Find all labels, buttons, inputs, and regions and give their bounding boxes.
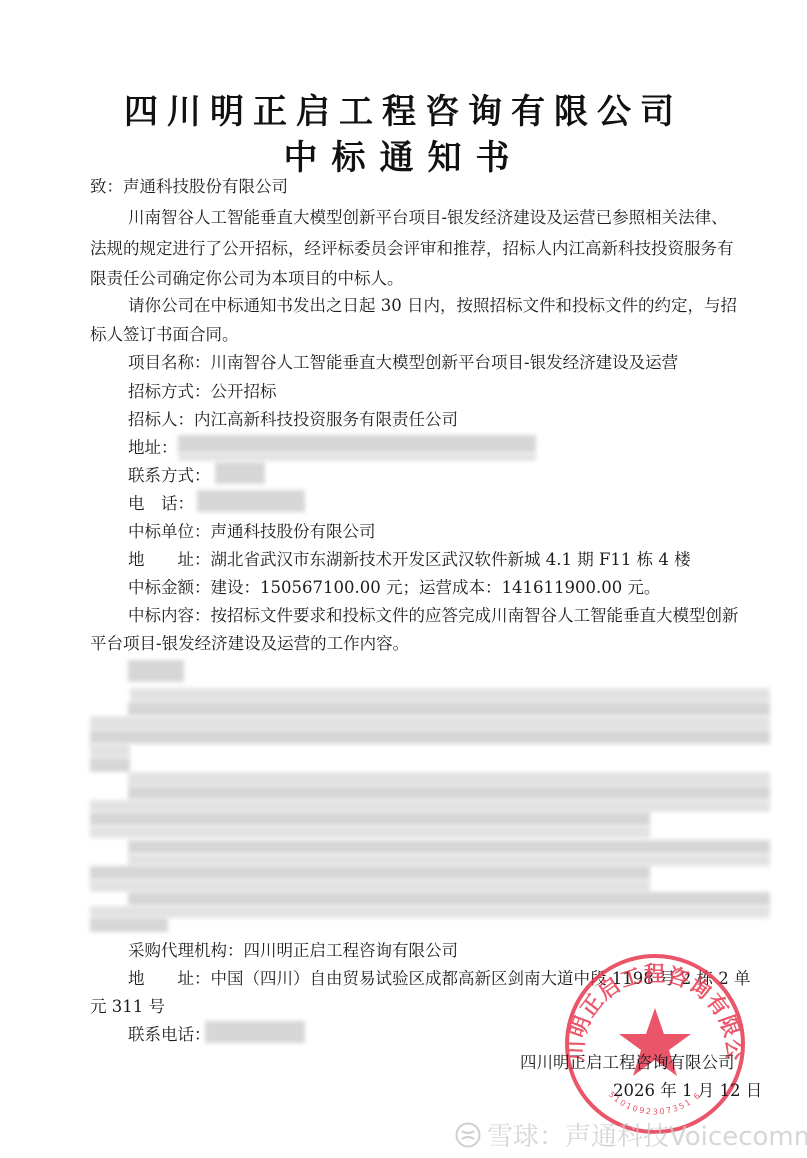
para2-line-2: 标人签订书面合同。 [90,324,239,346]
redacted-row [90,730,770,744]
agency-phone-label: 联系电话： [128,1024,211,1046]
para2-line-1: 请你公司在中标通知书发出之日起 30 日内，按照招标文件和投标文件的约定，与招 [128,295,737,317]
redacted-row [90,918,168,932]
redacted-row [90,800,770,812]
watermark: 雪球：声通科技Voicecomm [455,1116,807,1153]
redacted-row [90,880,650,892]
tenderer-address-label: 地址： [128,437,178,459]
redacted-row [90,716,770,730]
recipient-line: 致：声通科技股份有限公司 [90,176,288,198]
signature-date: 2026 年 1 月 12 日 [613,1080,762,1102]
para1-line-2: 法规的规定进行了公开招标，经评标委员会评审和推荐，招标人内江高新科技投资服务有 [90,238,734,260]
redacted-row [128,840,770,854]
para1-line-1: 川南智谷人工智能垂直大模型创新平台项目-银发经济建设及运营已参照相关法律、 [128,207,728,229]
contact-label: 联系方式： [128,465,211,487]
redacted-row [90,744,130,758]
document-title: 中标通知书 [0,130,807,179]
redacted-row [90,826,650,838]
signature-company: 四川明正启工程咨询有限公司 [520,1052,735,1074]
redacted-address-shadow [178,453,536,461]
redacted-agency-phone [205,1021,305,1043]
redacted-row [128,892,770,906]
winner: 中标单位：声通科技股份有限公司 [128,521,376,543]
official-seal-stamp: 四川明正启工程咨询有限公司 5101092307351 6 [555,952,755,1137]
agency-name: 采购代理机构：四川明正启工程咨询有限公司 [128,940,458,962]
redacted-row [90,812,650,826]
redacted-row [130,688,770,702]
redacted-row [128,786,770,800]
phone-label: 电 话： [128,493,194,515]
para1-line-3: 限责任公司确定你公司为本项目的中标人。 [90,268,404,290]
winner-address: 地 址：湖北省武汉市东湖新技术开发区武汉软件新城 4.1 期 F11 栋 4 楼 [128,549,691,571]
redacted-contact [215,462,265,484]
issuer-title: 四川明正启工程咨询有限公司 [0,84,807,133]
tender-method: 招标方式：公开招标 [128,381,277,403]
xueqiu-logo-icon [455,1122,481,1148]
redacted-row [128,854,770,866]
winning-amount: 中标金额：建设：150567100.00 元；运营成本：141611900.00… [128,577,660,599]
tenderer: 招标人：内江高新科技投资服务有限责任公司 [128,409,458,431]
redacted-row [90,906,770,918]
agency-address-line-2: 元 311 号 [90,996,165,1018]
redacted-row [128,772,770,786]
redacted-row [90,866,650,880]
redacted-phone [197,490,305,512]
winning-content-line-1: 中标内容：按招标文件要求和投标文件的应答完成川南智谷人工智能垂直大模型创新 [128,605,739,627]
redacted-row [90,758,130,772]
winning-content-line-2: 平台项目-银发经济建设及运营的工作内容。 [90,633,409,655]
redacted-row [128,702,770,716]
redacted-row [128,660,184,682]
watermark-text: 雪球：声通科技Voicecomm [487,1116,807,1153]
project-name: 项目名称：川南智谷人工智能垂直大模型创新平台项目-银发经济建设及运营 [128,352,678,374]
redacted-address [178,435,536,453]
